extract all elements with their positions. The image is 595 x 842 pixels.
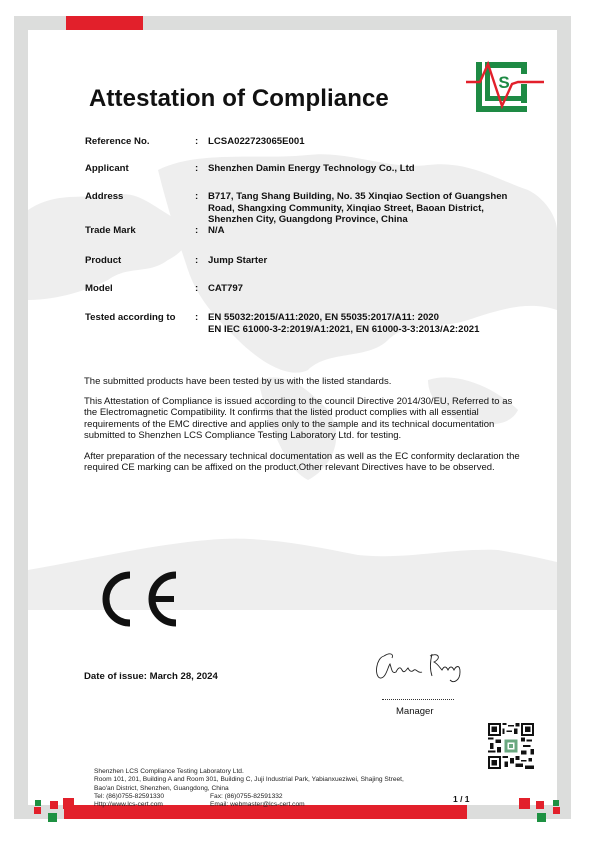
field-separator: : — [195, 312, 198, 324]
lcs-logo-icon: S — [466, 56, 544, 114]
address-line: B717, Tang Shang Building, No. 35 Xinqia… — [208, 191, 528, 203]
lab-fax: Fax: (86)0755-82591332 — [210, 793, 283, 801]
decor-square — [553, 800, 559, 806]
product-value: Jump Starter — [208, 255, 528, 267]
address-line: Road, Shangxing Community, Xinqiao Stree… — [208, 203, 528, 215]
field-separator: : — [195, 283, 198, 295]
applicant-name: Shenzhen Damin Energy Technology Co., Lt… — [208, 163, 528, 175]
decor-square — [34, 807, 41, 814]
top-red-accent — [66, 16, 143, 30]
document-title: Attestation of Compliance — [89, 85, 389, 113]
statement-directive: This Attestation of Compliance is issued… — [84, 396, 524, 441]
lab-address-line: Bao'an District, Shenzhen, Guangdong, Ch… — [94, 785, 474, 793]
field-separator: : — [195, 163, 198, 175]
field-separator: : — [195, 191, 198, 203]
model-value: CAT797 — [208, 283, 528, 295]
decor-square — [536, 801, 544, 809]
decor-square — [50, 801, 58, 809]
signature-line — [382, 699, 454, 700]
statement-tested: The submitted products have been tested … — [84, 376, 524, 387]
field-label: Product — [85, 255, 195, 267]
lab-tel: Tel: (86)0755-82591330 — [94, 793, 164, 800]
date-of-issue: Date of issue: March 28, 2024 — [84, 671, 218, 682]
signer-title: Manager — [396, 706, 434, 717]
field-label: Address — [85, 191, 195, 203]
lab-address-line: Room 101, 201, Building A and Room 301, … — [94, 776, 474, 784]
decor-square — [553, 807, 560, 814]
field-label: Model — [85, 283, 195, 295]
lab-website-link[interactable]: Http://www.lcs-cert.com — [94, 801, 163, 808]
standards-value: EN 55032:2015/A11:2020, EN 55035:2017/A1… — [208, 312, 528, 335]
ce-mark-icon — [100, 571, 180, 627]
standards-line: EN 55032:2015/A11:2020, EN 55035:2017/A1… — [208, 312, 528, 324]
field-separator: : — [195, 255, 198, 267]
field-label: Tested according to — [85, 312, 195, 324]
page-number: 1 / 1 — [453, 794, 470, 804]
decor-square — [519, 798, 530, 809]
standards-line: EN IEC 61000-3-2:2019/A1:2021, EN 61000-… — [208, 324, 528, 336]
field-separator: : — [195, 136, 198, 148]
lab-email-link[interactable]: Email: webmaster@lcs-cert.com — [210, 801, 305, 809]
statement-ce-marking: After preparation of the necessary techn… — [84, 451, 524, 474]
decor-square — [537, 813, 546, 822]
field-separator: : — [195, 225, 198, 237]
reference-number: LCSA022723065E001 — [208, 136, 528, 148]
lab-name: Shenzhen LCS Compliance Testing Laborato… — [94, 768, 474, 776]
field-label: Reference No. — [85, 136, 195, 148]
decor-square — [63, 798, 74, 809]
qr-code — [488, 723, 534, 769]
manager-signature — [370, 646, 470, 686]
field-label: Applicant — [85, 163, 195, 175]
decor-square — [48, 813, 57, 822]
lab-contact-footer: Shenzhen LCS Compliance Testing Laborato… — [94, 768, 474, 809]
trade-mark-value: N/A — [208, 225, 528, 237]
decor-square — [35, 800, 41, 806]
field-label: Trade Mark — [85, 225, 195, 237]
address-line: Shenzhen City, Guangdong Province, China — [208, 214, 528, 226]
address-value: B717, Tang Shang Building, No. 35 Xinqia… — [208, 191, 528, 226]
svg-text:S: S — [498, 73, 509, 92]
